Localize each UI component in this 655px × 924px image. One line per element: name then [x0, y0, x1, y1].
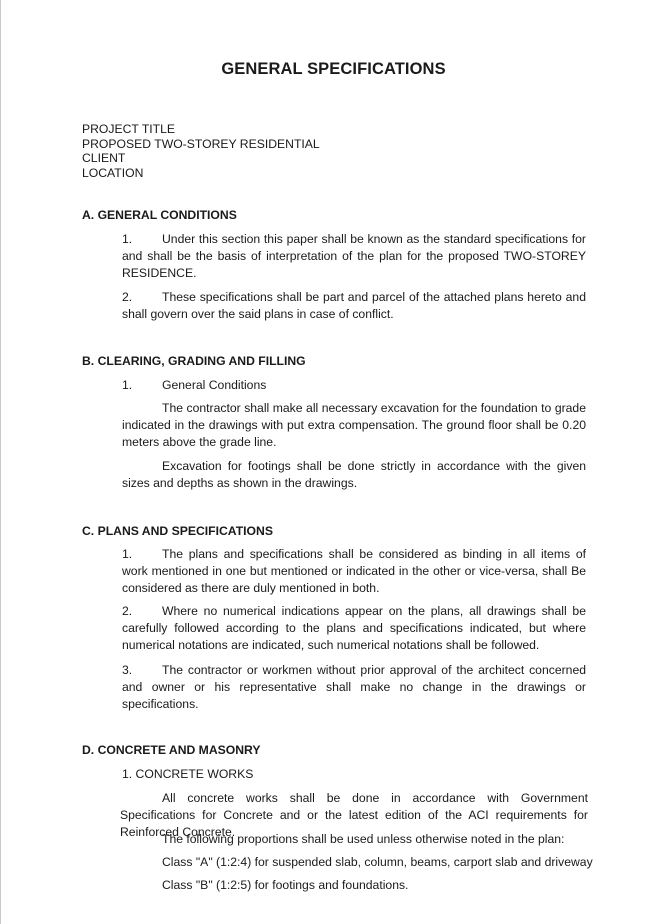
section-c-item-3: 3.The contractor or workmen without prio…: [122, 662, 586, 713]
section-heading-d: D. CONCRETE AND MASONRY: [82, 743, 261, 757]
proportions-intro: The following proportions shall be used …: [162, 832, 564, 846]
item-number: 1.: [122, 231, 162, 248]
item-text: The contractor or workmen without prior …: [122, 663, 586, 711]
document-title: GENERAL SPECIFICATIONS: [1, 60, 655, 79]
section-heading-a: A. GENERAL CONDITIONS: [82, 208, 237, 222]
project-title-label: PROJECT TITLE: [82, 122, 320, 137]
project-title-value: PROPOSED TWO-STOREY RESIDENTIAL: [82, 137, 320, 152]
section-b-paragraph-1: The contractor shall make all necessary …: [122, 400, 586, 451]
section-b-paragraph-2: Excavation for footings shall be done st…: [122, 458, 586, 492]
section-a-item-2: 2.These specifications shall be part and…: [122, 289, 586, 323]
section-b-subheading: 1.General Conditions: [122, 377, 586, 394]
item-text: The plans and specifications shall be co…: [122, 547, 586, 595]
item-number: 2.: [122, 289, 162, 306]
item-text: Under this section this paper shall be k…: [122, 232, 586, 280]
item-text: Where no numerical indications appear on…: [122, 604, 586, 652]
item-number: 3.: [122, 662, 162, 679]
section-c-item-1: 1.The plans and specifications shall be …: [122, 546, 586, 597]
document-page: GENERAL SPECIFICATIONS PROJECT TITLE PRO…: [0, 0, 655, 924]
section-a-item-1: 1.Under this section this paper shall be…: [122, 231, 586, 282]
location-label: LOCATION: [82, 166, 320, 181]
item-text: These specifications shall be part and p…: [122, 290, 586, 321]
section-heading-c: C. PLANS AND SPECIFICATIONS: [82, 524, 273, 538]
subheading-text: General Conditions: [162, 378, 266, 392]
project-info: PROJECT TITLE PROPOSED TWO-STOREY RESIDE…: [82, 122, 320, 180]
item-number: 2.: [122, 603, 162, 620]
item-number: 1.: [122, 546, 162, 563]
section-d-subheading: 1. CONCRETE WORKS: [122, 767, 253, 781]
item-number: 1.: [122, 377, 162, 394]
client-label: CLIENT: [82, 151, 320, 166]
section-c-item-2: 2.Where no numerical indications appear …: [122, 603, 586, 654]
class-b-proportion: Class "B" (1:2:5) for footings and found…: [162, 878, 408, 892]
section-heading-b: B. CLEARING, GRADING AND FILLING: [82, 354, 306, 368]
class-a-proportion: Class "A" (1:2:4) for suspended slab, co…: [162, 855, 593, 869]
